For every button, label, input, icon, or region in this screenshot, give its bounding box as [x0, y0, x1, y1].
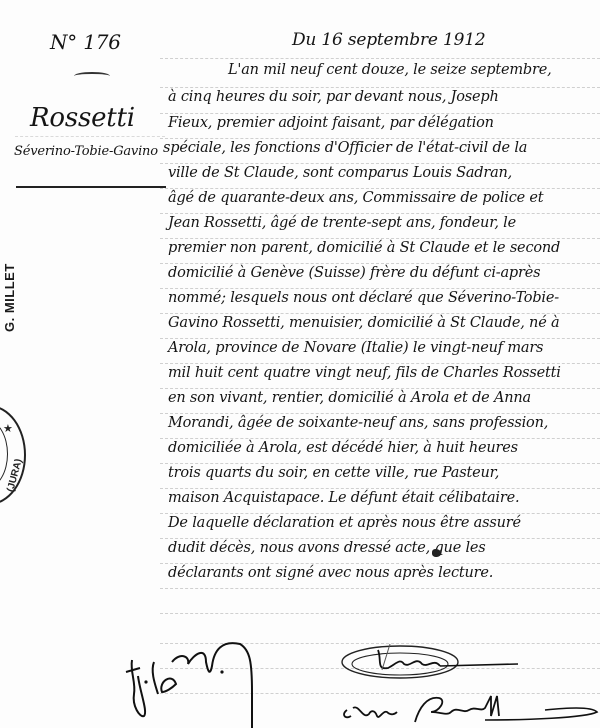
body-line: maison Acquistapace. Le défunt était cél… — [168, 490, 519, 506]
body-line: Morandi, âgée de soixante-neuf ans, sans… — [168, 415, 548, 431]
body-line: premier non parent, domicilié à St Claud… — [168, 240, 560, 256]
ruling-line — [160, 588, 600, 589]
ruling-line — [160, 238, 600, 239]
ruling-line — [160, 58, 600, 59]
ruling-line — [160, 163, 600, 164]
ruling-line — [160, 438, 600, 439]
margin-ruling-line — [15, 136, 165, 137]
body-line: De laquelle déclaration et après nous êt… — [168, 515, 521, 531]
body-line: en son vivant, rentier, domicilié à Arol… — [168, 390, 531, 406]
ruling-line — [160, 313, 600, 314]
signature-sadran — [110, 632, 310, 728]
margin-underline — [16, 186, 166, 188]
body-line: L'an mil neuf cent douze, le seize septe… — [228, 62, 552, 78]
ruling-line — [160, 413, 600, 414]
body-line: mil huit cent quatre vingt neuf, fils de… — [168, 365, 561, 381]
margin-surname: Rossetti — [30, 103, 135, 133]
body-line: à cinq heures du soir, par devant nous, … — [168, 89, 499, 105]
ruling-line — [160, 613, 600, 614]
ruling-line — [160, 513, 600, 514]
ruling-line — [160, 563, 600, 564]
stamp-name: G. MILLET — [2, 263, 17, 332]
body-line: Fieux, premier adjoint faisant, par délé… — [168, 115, 494, 131]
ruling-line — [160, 188, 600, 189]
body-line: Gavino Rossetti, menuisier, domicilié à … — [168, 315, 559, 331]
record-date-title: Du 16 septembre 1912 — [292, 30, 485, 50]
body-line: Jean Rossetti, âgé de trente-sept ans, f… — [168, 215, 516, 231]
ruling-line — [160, 488, 600, 489]
document-page: N° 176 Rossetti Séverino-Tobie-Gavino Du… — [0, 0, 600, 728]
body-line: domicilié à Genève (Suisse) frère du déf… — [168, 265, 540, 281]
ruling-line — [160, 388, 600, 389]
ruling-line — [160, 363, 600, 364]
star-icon: ★ — [3, 422, 13, 435]
ruling-line — [160, 263, 600, 264]
margin-forenames: Séverino-Tobie-Gavino — [14, 144, 158, 159]
ruling-line — [160, 87, 600, 88]
body-line: trois quarts du soir, en cette ville, ru… — [168, 465, 499, 481]
body-line: domiciliée à Arola, est décédé hier, à h… — [168, 440, 518, 456]
body-line: Arola, province de Novare (Italie) le vi… — [168, 340, 543, 356]
ink-blot — [432, 549, 441, 557]
body-line: ville de St Claude, sont comparus Louis … — [168, 165, 512, 181]
act-number: N° 176 — [50, 30, 121, 54]
body-line: âgé de quarante-deux ans, Commissaire de… — [168, 190, 543, 206]
ruling-line — [160, 113, 600, 114]
body-line: déclarants ont signé avec nous après lec… — [168, 565, 493, 581]
body-line: spéciale, les fonctions d'Officier de l'… — [163, 140, 527, 156]
ruling-line — [160, 213, 600, 214]
ruling-line — [160, 463, 600, 464]
ruling-line — [160, 288, 600, 289]
decorative-flourish — [74, 72, 110, 80]
signature-jean-rossetti — [335, 690, 600, 728]
body-line: nommé; lesquels nous ont déclaré que Sév… — [168, 290, 559, 306]
signature-fieux — [330, 640, 530, 690]
ruling-line — [160, 338, 600, 339]
ruling-line — [160, 138, 600, 139]
ruling-line — [160, 538, 600, 539]
